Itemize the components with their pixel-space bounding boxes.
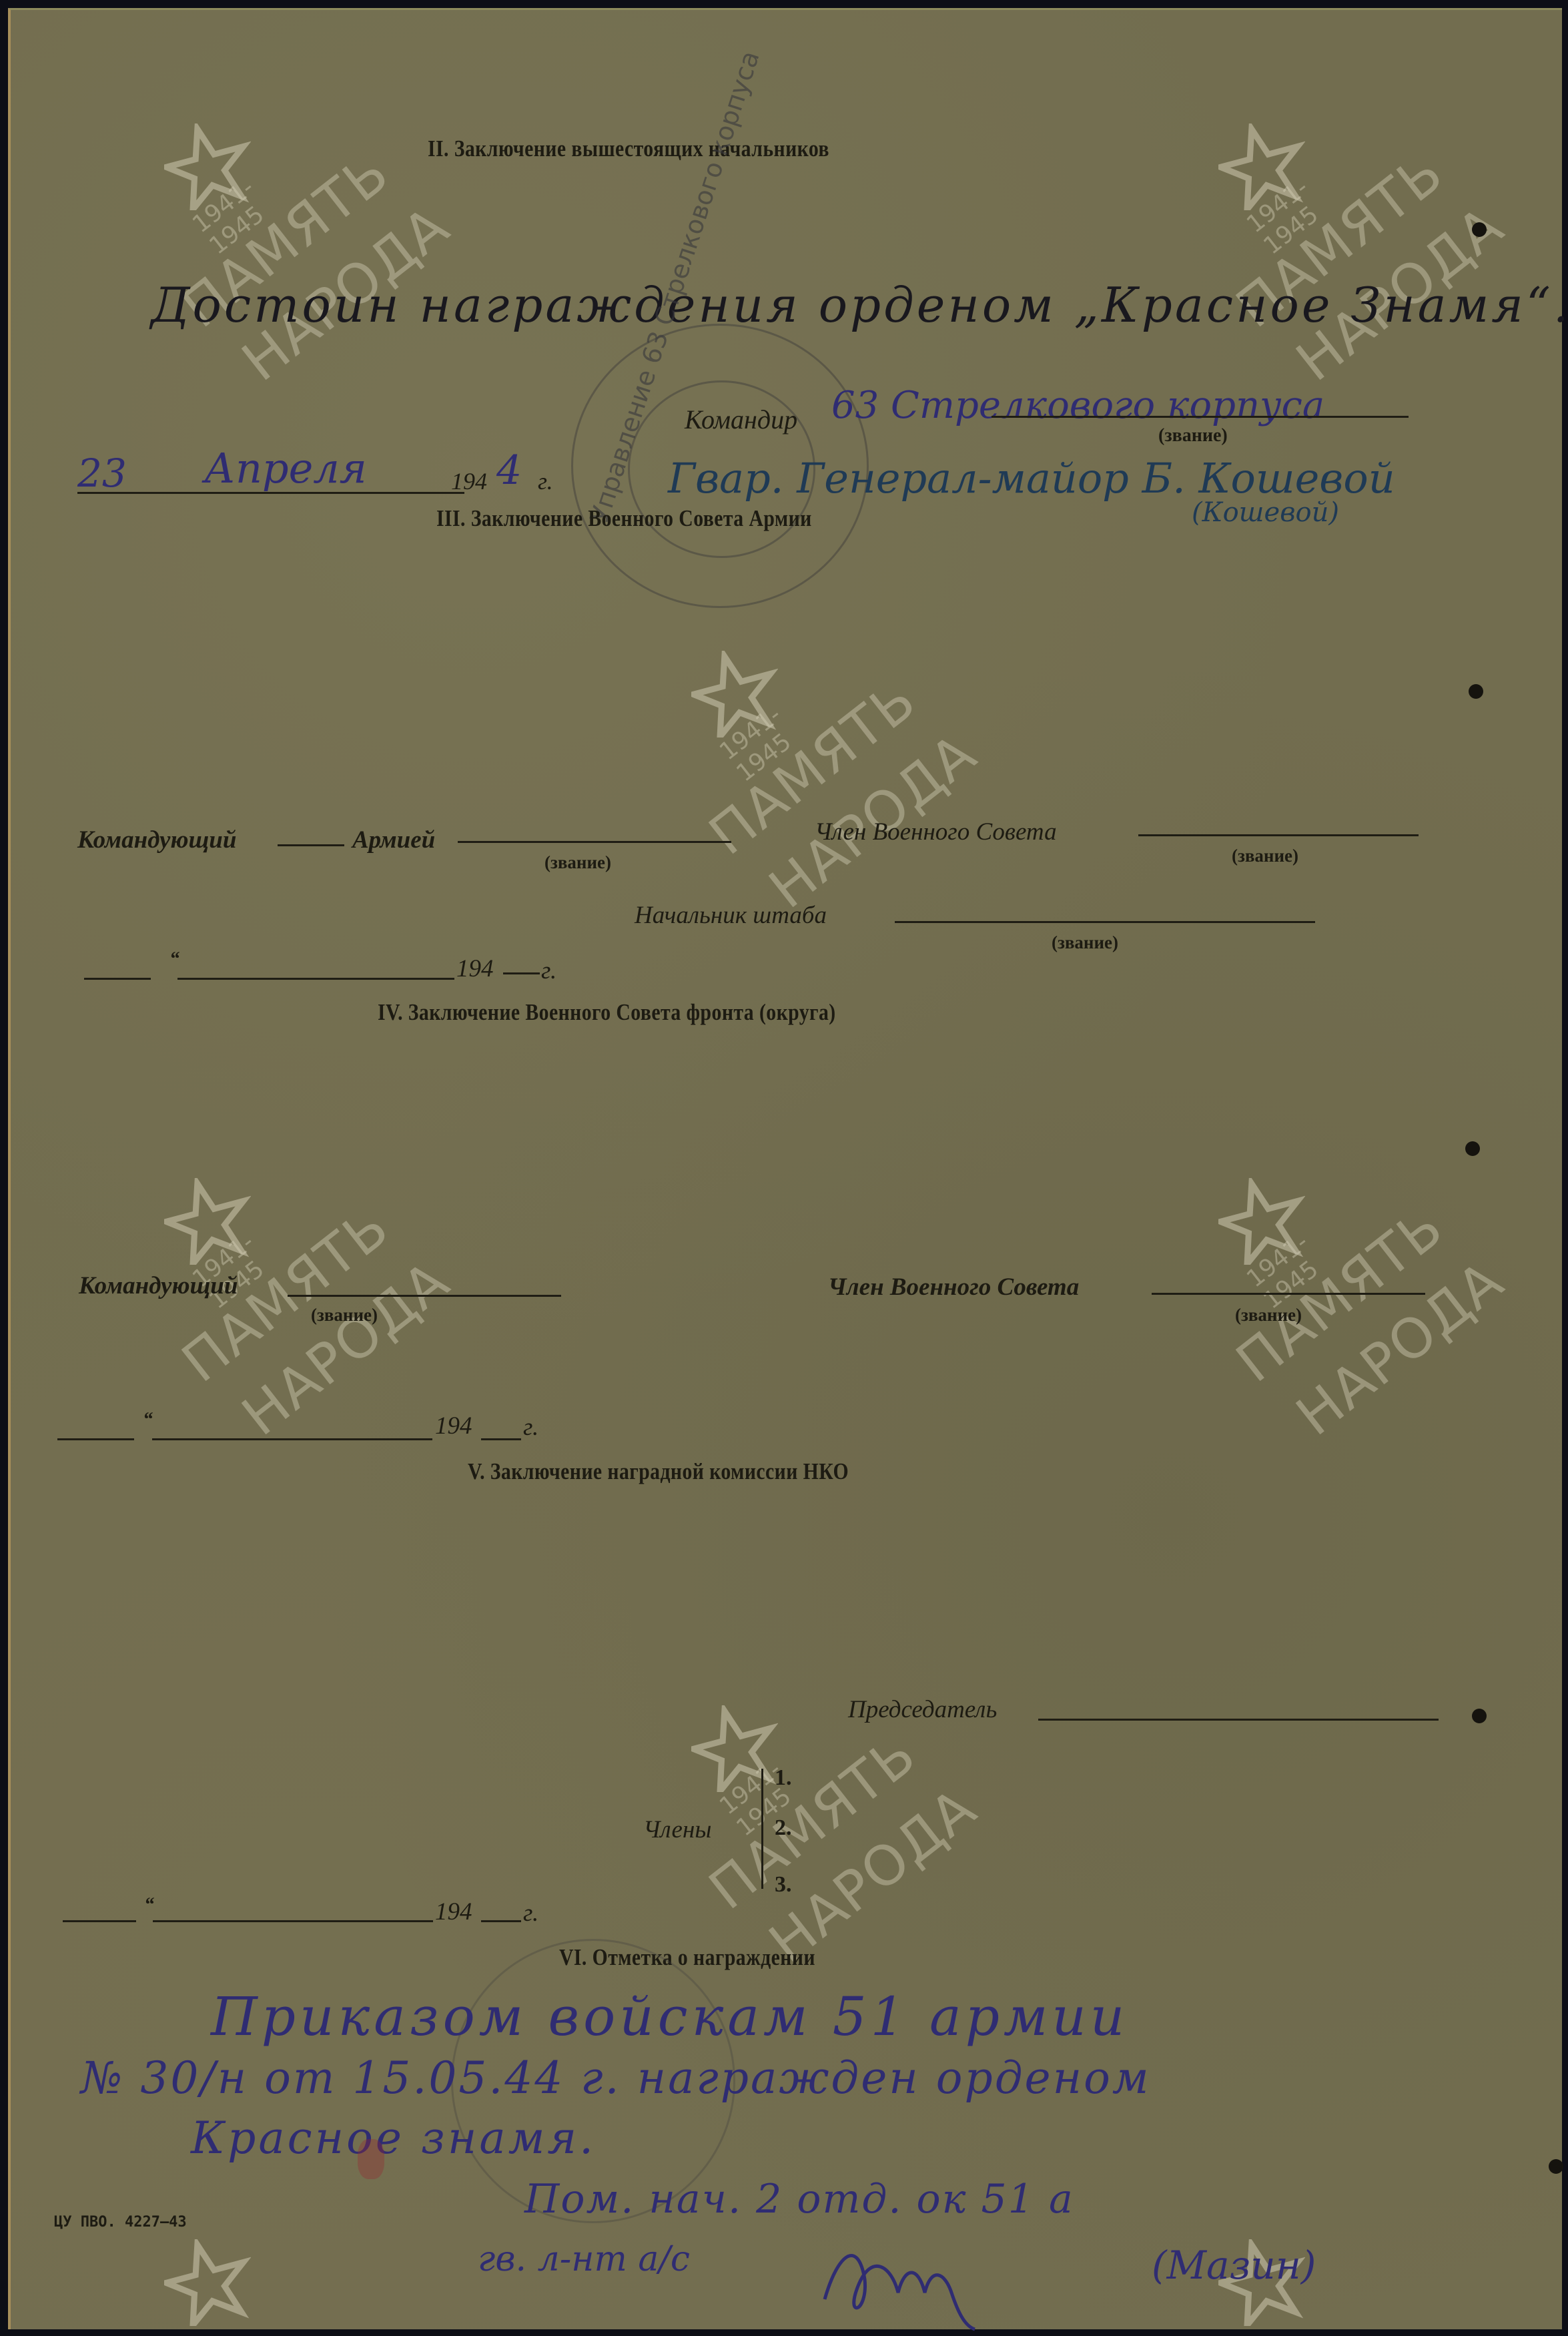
commander-label: Командир (685, 404, 797, 435)
member-1: 1. (775, 1765, 792, 1791)
date-line (481, 1920, 521, 1922)
front-commander-label: Командующий (79, 1271, 238, 1300)
member-2: 2. (775, 1815, 792, 1841)
date-g: г. (538, 467, 553, 495)
date-quote: “ (169, 948, 179, 970)
chief-of-staff-label: Начальник штаба (635, 901, 827, 930)
punch-hole (1472, 222, 1487, 237)
section-3-heading: III. Заключение Военного Совета Армии (436, 505, 812, 532)
chairman-label: Председатель (848, 1695, 997, 1724)
date-line (77, 492, 464, 494)
army-commander-line-b (458, 841, 731, 843)
date-g: г. (541, 956, 556, 985)
date-year-prefix: 194 (451, 467, 487, 495)
front-commander-line (288, 1295, 561, 1297)
section-2-heading: II. Заключение вышестоящих начальников (428, 135, 829, 162)
punch-hole (1469, 684, 1483, 699)
date-line (57, 1438, 134, 1440)
date-line (177, 978, 454, 980)
members-label: Члены (643, 1815, 711, 1844)
handwritten-conclusion: Достоин награждения орденом „Красное Зна… (151, 277, 1568, 333)
star-icon (1218, 1178, 1305, 1265)
paper-sheet: 1941-1945 ПАМЯТЬ НАРОДА 1941-1945 ПАМЯТЬ… (8, 8, 1562, 2329)
star-icon (164, 2239, 251, 2326)
rank-caption: (звание) (311, 1305, 378, 1326)
star-icon (164, 1178, 251, 1265)
date-g: г. (523, 1899, 538, 1928)
rank-caption: (звание) (1235, 1305, 1302, 1326)
date-quote: “ (144, 1893, 154, 1916)
date-year-suffix: 4 (496, 447, 522, 494)
punch-hole (1465, 1141, 1480, 1156)
date-line (152, 1438, 432, 1440)
commander-unit-handwritten: 63 Стрелкового корпуса (831, 384, 1324, 427)
date-line (481, 1438, 521, 1440)
front-council-member-line (1152, 1293, 1425, 1295)
date-year: 194 (435, 1897, 472, 1926)
section-4-heading: IV. Заключение Военного Совета фронта (о… (378, 999, 836, 1026)
army-label: Армией (352, 826, 435, 854)
army-commander-label: Командующий (77, 826, 236, 854)
signer-rank: гв. л-нт а/с (478, 2239, 690, 2279)
date-line (153, 1920, 433, 1922)
council-member-label: Член Военного Совета (815, 818, 1057, 846)
red-ink-mark (358, 2139, 384, 2179)
rank-caption: (звание) (1232, 846, 1298, 866)
star-icon (1218, 123, 1305, 210)
members-bracket (761, 1769, 763, 1889)
council-member-line (1138, 834, 1419, 836)
star-icon (691, 1705, 778, 1792)
signer-name: (Мазин) (1152, 2243, 1316, 2288)
signature (818, 2226, 1032, 2333)
chairman-line (1038, 1719, 1439, 1721)
section-5-heading: V. Заключение наградной комиссии НКО (468, 1458, 849, 1485)
commander-name-paren: (Кошевой) (1192, 497, 1339, 528)
date-quote: “ (143, 1408, 153, 1431)
chief-of-staff-line (895, 921, 1315, 923)
date-line (63, 1920, 136, 1922)
star-icon (691, 651, 778, 738)
rank-caption: (звание) (1052, 932, 1118, 953)
star-icon (164, 123, 251, 210)
army-commander-line-a (278, 844, 344, 846)
award-mark-line-1: Приказом войскам 51 армии (211, 1986, 1128, 2048)
award-mark-line-2: № 30/н от 15.05.44 г. награжден орденом (81, 2052, 1151, 2104)
print-code: ЦУ ПВО. 4227—43 (54, 2214, 187, 2231)
signer-position: Пом. нач. 2 отд. ок 51 а (524, 2176, 1074, 2223)
commander-unit-line (992, 416, 1409, 418)
date-day: 23 (77, 451, 127, 496)
punch-hole (1472, 1709, 1487, 1723)
rank-caption: (звание) (1158, 425, 1228, 447)
award-mark-line-3: Красное знамя. (191, 2112, 596, 2164)
date-g: г. (523, 1413, 538, 1442)
date-year: 194 (456, 954, 494, 983)
date-year: 194 (435, 1412, 472, 1440)
member-3: 3. (775, 1872, 792, 1897)
document-page: 1941-1945 ПАМЯТЬ НАРОДА 1941-1945 ПАМЯТЬ… (0, 0, 1568, 2336)
commander-rank-name-handwritten: Гвар. Генерал-майор Б. Кошевой (668, 454, 1395, 503)
date-line (503, 972, 540, 974)
date-month: Апреля (204, 444, 367, 493)
date-line (84, 978, 151, 980)
front-council-member-label: Член Военного Совета (828, 1273, 1079, 1301)
punch-hole (1549, 2159, 1563, 2174)
rank-caption: (звание) (544, 852, 611, 873)
